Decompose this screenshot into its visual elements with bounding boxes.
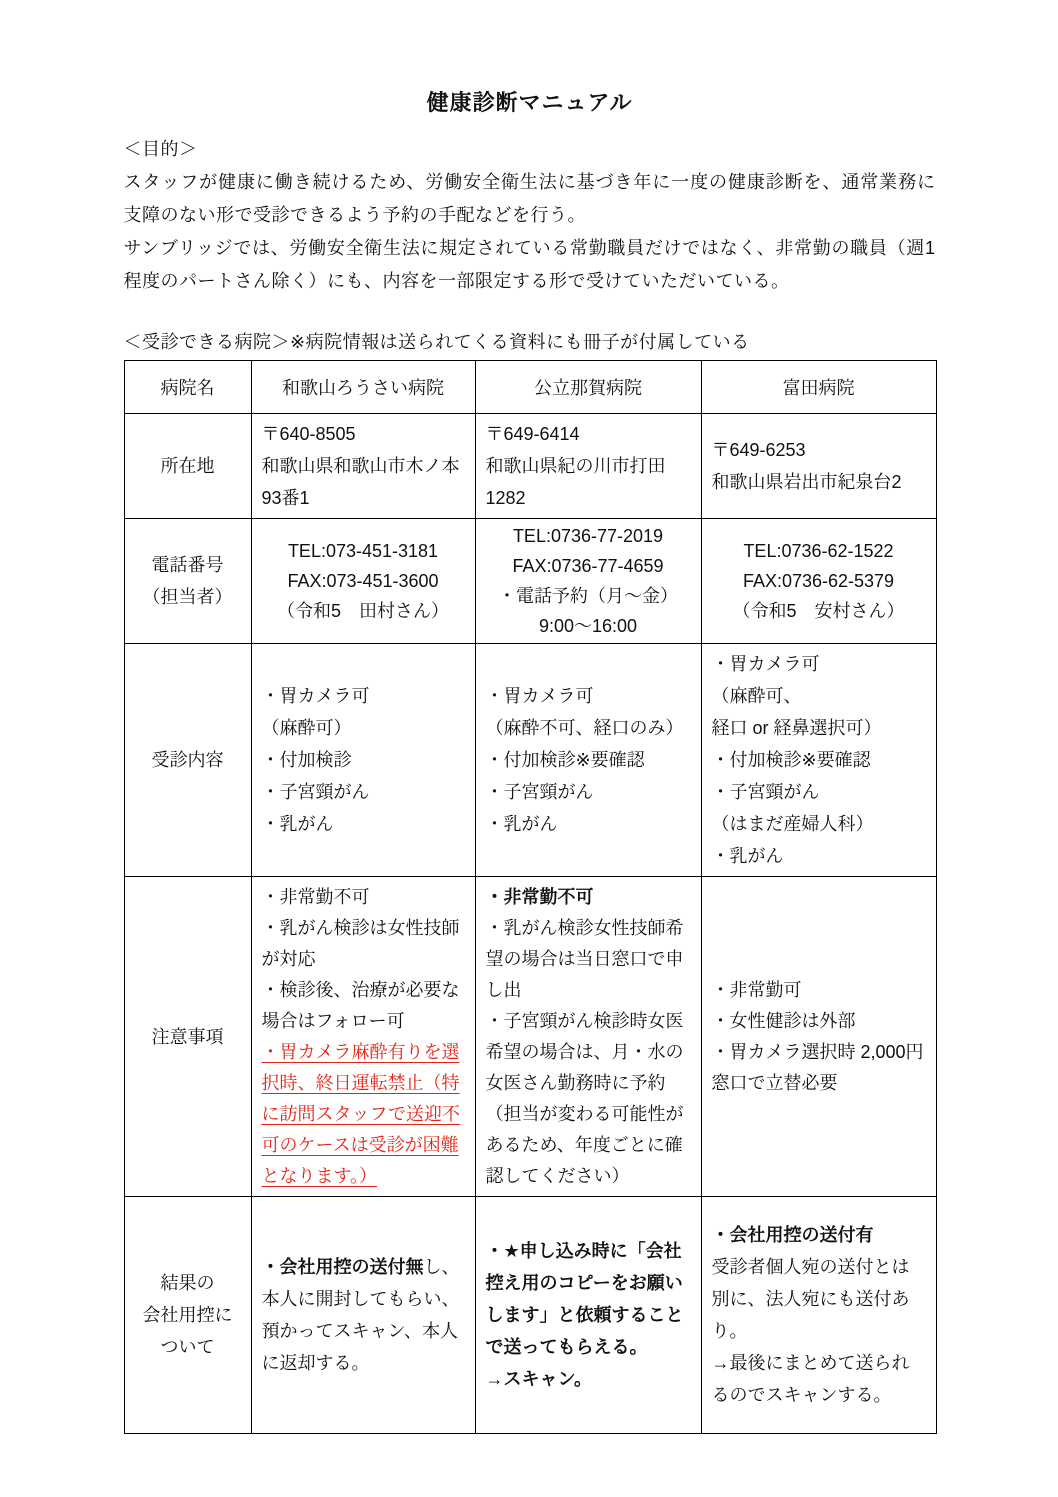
row-label: 結果の会社用控について (124, 1197, 251, 1434)
row-label-line: 会社用控に (129, 1299, 247, 1331)
cell-line: ・付加検診 (262, 744, 465, 776)
cell-line: 受診者個人宛の送付とは別に、法人宛にも送付あり。 (712, 1251, 926, 1347)
purpose-section: ＜目的＞ スタッフが健康に働き続けるため、労働安全衛生法に基づき年に一度の健康診… (124, 133, 936, 298)
cell-text-segment: ・胃カメラ選択時 2,000円窓口で立替必要 (712, 1042, 924, 1093)
cell-line: （令和5 安村さん） (708, 596, 930, 626)
cell-line: ・非常勤可 (712, 975, 926, 1006)
cell-text-segment: ・乳がん検診は女性技師が対応 (262, 918, 460, 969)
purpose-paragraph: スタッフが健康に働き続けるため、労働安全衛生法に基づき年に一度の健康診断を、通常… (124, 166, 936, 232)
cell-line: 〒649-6414 (486, 418, 691, 450)
cell-text-segment: TEL:073-451-3181 (288, 541, 438, 561)
cell-text-segment: ・乳がん (712, 846, 784, 866)
cell-text-segment: 〒649-6253 (712, 440, 806, 460)
cell-text-segment: ・子宮頸がん (262, 782, 370, 802)
cell-line: （麻酔可） (262, 712, 465, 744)
cell-text-segment: ・胃カメラ可 (712, 654, 820, 674)
cell-text-segment: （麻酔不可、経口のみ） (486, 718, 684, 738)
table-row-address: 所在地〒640-8505和歌山県和歌山市木ノ本93番1〒649-6414和歌山県… (124, 414, 936, 519)
cell-line: ・乳がん検診は女性技師が対応 (262, 913, 465, 975)
table-cell: 〒640-8505和歌山県和歌山市木ノ本93番1 (251, 414, 475, 519)
cell-text-segment: 和歌山県紀の川市打田1282 (486, 456, 666, 508)
row-label-line: 電話番号 (129, 549, 247, 581)
cell-line: ・非常勤不可 (262, 882, 465, 913)
table-cell: ・非常勤不可・乳がん検診女性技師希望の場合は当日窓口で申し出・子宮頸がん検診時女… (475, 877, 701, 1197)
table-row-content: 受診内容・胃カメラ可（麻酔可）・付加検診・子宮頸がん・乳がん・胃カメラ可（麻酔不… (124, 644, 936, 877)
cell-line: TEL:0736-62-1522 (708, 536, 930, 566)
cell-text-segment: FAX:0736-62-5379 (743, 571, 894, 591)
table-cell: ・非常勤不可・乳がん検診は女性技師が対応・検診後、治療が必要な場合はフォロー可・… (251, 877, 475, 1197)
table-cell: TEL:0736-77-2019FAX:0736-77-4659・電話予約（月～… (475, 519, 701, 644)
cell-line: FAX:073-451-3600 (258, 566, 469, 596)
table-cell: ・胃カメラ可（麻酔可）・付加検診・子宮頸がん・乳がん (251, 644, 475, 877)
hospital-column-header: 富田病院 (701, 361, 936, 414)
cell-line: ・胃カメラ選択時 2,000円窓口で立替必要 (712, 1037, 926, 1099)
cell-text-segment: （令和5 田村さん） (277, 601, 449, 621)
cell-line: →スキャン。 (486, 1363, 691, 1395)
cell-line: TEL:073-451-3181 (258, 536, 469, 566)
cell-line: ・乳がん (712, 840, 926, 872)
row-label: 電話番号（担当者） (124, 519, 251, 644)
cell-text-segment: TEL:0736-77-2019 (513, 526, 663, 546)
cell-line: ・胃カメラ可 (262, 680, 465, 712)
cell-text-segment: 〒640-8505 (262, 424, 356, 444)
cell-text-segment: ・子宮頸がん検診時女医希望の場合は、月・水の女医さん勤務時に予約（担当が変わる可… (486, 1011, 684, 1186)
cell-line: TEL:0736-77-2019 (482, 521, 695, 551)
cell-text-segment: ・子宮頸がん (486, 782, 594, 802)
row-label-line: 所在地 (129, 450, 247, 482)
cell-line: 和歌山県和歌山市木ノ本93番1 (262, 450, 465, 514)
cell-line: ・女性健診は外部 (712, 1006, 926, 1037)
cell-text-segment: ・乳がん (262, 814, 334, 834)
row-label-line: 結果の (129, 1267, 247, 1299)
cell-text-segment: FAX:0736-77-4659 (512, 556, 663, 576)
cell-text-segment: ・会社用控の送付無 (262, 1257, 424, 1277)
cell-text-segment: ・電話予約（月～金） (498, 586, 678, 606)
cell-line: ・乳がん (262, 808, 465, 840)
cell-text-segment: 〒649-6414 (486, 424, 580, 444)
cell-line: ・子宮頸がん (712, 776, 926, 808)
table-cell: ・非常勤可・女性健診は外部・胃カメラ選択時 2,000円窓口で立替必要 (701, 877, 936, 1197)
cell-line: ・子宮頸がん (486, 776, 691, 808)
hospital-column-header: 和歌山ろうさい病院 (251, 361, 475, 414)
cell-line: ・乳がん検診女性技師希望の場合は当日窓口で申し出 (486, 913, 691, 1006)
table-cell: 〒649-6253和歌山県岩出市紀泉台2 (701, 414, 936, 519)
cell-line: （麻酔不可、経口のみ） (486, 712, 691, 744)
cell-line: （はまだ産婦人科） (712, 808, 926, 840)
cell-text-segment: ・非常勤不可 (486, 887, 594, 907)
table-cell: ・胃カメラ可（麻酔可、経口 or 経鼻選択可）・付加検診※要確認・子宮頸がん（は… (701, 644, 936, 877)
cell-line: 和歌山県紀の川市打田1282 (486, 450, 691, 514)
cell-text-segment: TEL:0736-62-1522 (743, 541, 893, 561)
cell-text-segment: （はまだ産婦人科） (712, 814, 874, 834)
row-label: 所在地 (124, 414, 251, 519)
cell-text-segment: ・胃カメラ可 (486, 686, 594, 706)
hospitals-table: 病院名和歌山ろうさい病院公立那賀病院富田病院 所在地〒640-8505和歌山県和… (124, 360, 937, 1434)
cell-line: 和歌山県岩出市紀泉台2 (712, 466, 926, 498)
cell-text-segment: （令和5 安村さん） (732, 601, 904, 621)
table-row-results: 結果の会社用控について・会社用控の送付無し、本人に開封してもらい、預かってスキャ… (124, 1197, 936, 1434)
purpose-paragraph: サンブリッジでは、労働安全衛生法に規定されている常勤職員だけではなく、非常勤の職… (124, 232, 936, 298)
row-label-line: （担当者） (129, 581, 247, 613)
cell-line: 9:00～16:00 (482, 611, 695, 641)
cell-line: ・検診後、治療が必要な場合はフォロー可 (262, 975, 465, 1037)
cell-text-segment: ・付加検診※要確認 (486, 750, 645, 770)
table-cell: ・★申し込み時に「会社控え用のコピーをお願いします」と依頼することで送ってもらえ… (475, 1197, 701, 1434)
page-content: 健康診断マニュアル ＜目的＞ スタッフが健康に働き続けるため、労働安全衛生法に基… (123, 0, 936, 1434)
warning-text: ・胃カメラ麻酔有りを選択時、終日運転禁止（特に訪問スタッフで送迎不可のケースは受… (262, 1042, 461, 1186)
cell-line: FAX:0736-62-5379 (708, 566, 930, 596)
cell-text-segment: 和歌山県和歌山市木ノ本93番1 (262, 456, 460, 508)
cell-line: →最後にまとめて送られるのでスキャンする。 (712, 1347, 926, 1411)
cell-text-segment: ・付加検診※要確認 (712, 750, 871, 770)
cell-line: ・付加検診※要確認 (712, 744, 926, 776)
cell-line: ・子宮頸がん (262, 776, 465, 808)
cell-line: ・付加検診※要確認 (486, 744, 691, 776)
cell-text-segment: 和歌山県岩出市紀泉台2 (712, 472, 902, 492)
cell-line: FAX:0736-77-4659 (482, 551, 695, 581)
hospital-column-header: 公立那賀病院 (475, 361, 701, 414)
table-cell: 〒649-6414和歌山県紀の川市打田1282 (475, 414, 701, 519)
cell-text-segment: 受診者個人宛の送付とは別に、法人宛にも送付あり。 (712, 1257, 910, 1341)
cell-text-segment: FAX:073-451-3600 (287, 571, 438, 591)
cell-line: 〒649-6253 (712, 434, 926, 466)
cell-text-segment: ・会社用控の送付有 (712, 1225, 874, 1245)
cell-line: ・胃カメラ可 (486, 680, 691, 712)
hospital-column-header: 病院名 (124, 361, 251, 414)
cell-text-segment: →最後にまとめて送られるのでスキャンする。 (712, 1353, 910, 1405)
hospitals-section-heading: ＜受診できる病院＞※病院情報は送られてくる資料にも冊子が付属している (124, 328, 936, 354)
cell-line: ・胃カメラ麻酔有りを選択時、終日運転禁止（特に訪問スタッフで送迎不可のケースは受… (262, 1037, 465, 1192)
table-cell: TEL:073-451-3181FAX:073-451-3600（令和5 田村さ… (251, 519, 475, 644)
cell-text-segment: ・乳がん検診女性技師希望の場合は当日窓口で申し出 (486, 918, 684, 1000)
table-cell: ・会社用控の送付有受診者個人宛の送付とは別に、法人宛にも送付あり。→最後にまとめ… (701, 1197, 936, 1434)
cell-line: ・乳がん (486, 808, 691, 840)
cell-text-segment: ・非常勤可 (712, 980, 802, 1000)
cell-line: ・★申し込み時に「会社控え用のコピーをお願いします」と依頼することで送ってもらえ… (486, 1235, 691, 1363)
cell-text-segment: ・乳がん (486, 814, 558, 834)
table-cell: ・胃カメラ可（麻酔不可、経口のみ）・付加検診※要確認・子宮頸がん・乳がん (475, 644, 701, 877)
table-row-phone: 電話番号（担当者）TEL:073-451-3181FAX:073-451-360… (124, 519, 936, 644)
document-page: { "colors": { "text": "#111111", "red_wa… (0, 0, 1058, 1497)
cell-text-segment: ・付加検診 (262, 750, 352, 770)
cell-line: ・胃カメラ可 (712, 648, 926, 680)
table-cell: TEL:0736-62-1522FAX:0736-62-5379（令和5 安村さ… (701, 519, 936, 644)
row-label: 注意事項 (124, 877, 251, 1197)
cell-line: ・会社用控の送付無し、本人に開封してもらい、預かってスキャン、本人に返却する。 (262, 1251, 465, 1379)
cell-text-segment: （麻酔可） (262, 718, 352, 738)
row-label-line: ついて (129, 1331, 247, 1363)
cell-text-segment: →スキャン。 (486, 1369, 593, 1389)
cell-text-segment: ・検診後、治療が必要な場合はフォロー可 (262, 980, 460, 1031)
table-row-notes: 注意事項・非常勤不可・乳がん検診は女性技師が対応・検診後、治療が必要な場合はフォ… (124, 877, 936, 1197)
table-cell: ・会社用控の送付無し、本人に開封してもらい、預かってスキャン、本人に返却する。 (251, 1197, 475, 1434)
cell-text-segment: ・★申し込み時に「会社控え用のコピーをお願いします」と依頼することで送ってもらえ… (486, 1241, 684, 1357)
cell-text-segment: （麻酔可、 (712, 686, 802, 706)
cell-line: ・会社用控の送付有 (712, 1219, 926, 1251)
cell-line: （麻酔可、 (712, 680, 926, 712)
page-title: 健康診断マニュアル (124, 86, 936, 117)
cell-line: 経口 or 経鼻選択可） (712, 712, 926, 744)
row-label-line: 注意事項 (129, 1021, 247, 1053)
cell-text-segment: ・子宮頸がん (712, 782, 820, 802)
cell-text-segment: ・非常勤不可 (262, 887, 370, 907)
cell-text-segment: 経口 or 経鼻選択可） (712, 718, 882, 738)
cell-line: 〒640-8505 (262, 418, 465, 450)
cell-text-segment: 9:00～16:00 (539, 616, 637, 636)
row-label: 受診内容 (124, 644, 251, 877)
cell-line: ・子宮頸がん検診時女医希望の場合は、月・水の女医さん勤務時に予約（担当が変わる可… (486, 1006, 691, 1192)
cell-line: ・電話予約（月～金） (482, 581, 695, 611)
cell-line: （令和5 田村さん） (258, 596, 469, 626)
row-label-line: 受診内容 (129, 744, 247, 776)
cell-text-segment: ・女性健診は外部 (712, 1011, 856, 1031)
cell-line: ・非常勤不可 (486, 882, 691, 913)
table-header-row: 病院名和歌山ろうさい病院公立那賀病院富田病院 (124, 361, 936, 414)
purpose-heading: ＜目的＞ (124, 133, 936, 166)
cell-text-segment: ・胃カメラ可 (262, 686, 370, 706)
